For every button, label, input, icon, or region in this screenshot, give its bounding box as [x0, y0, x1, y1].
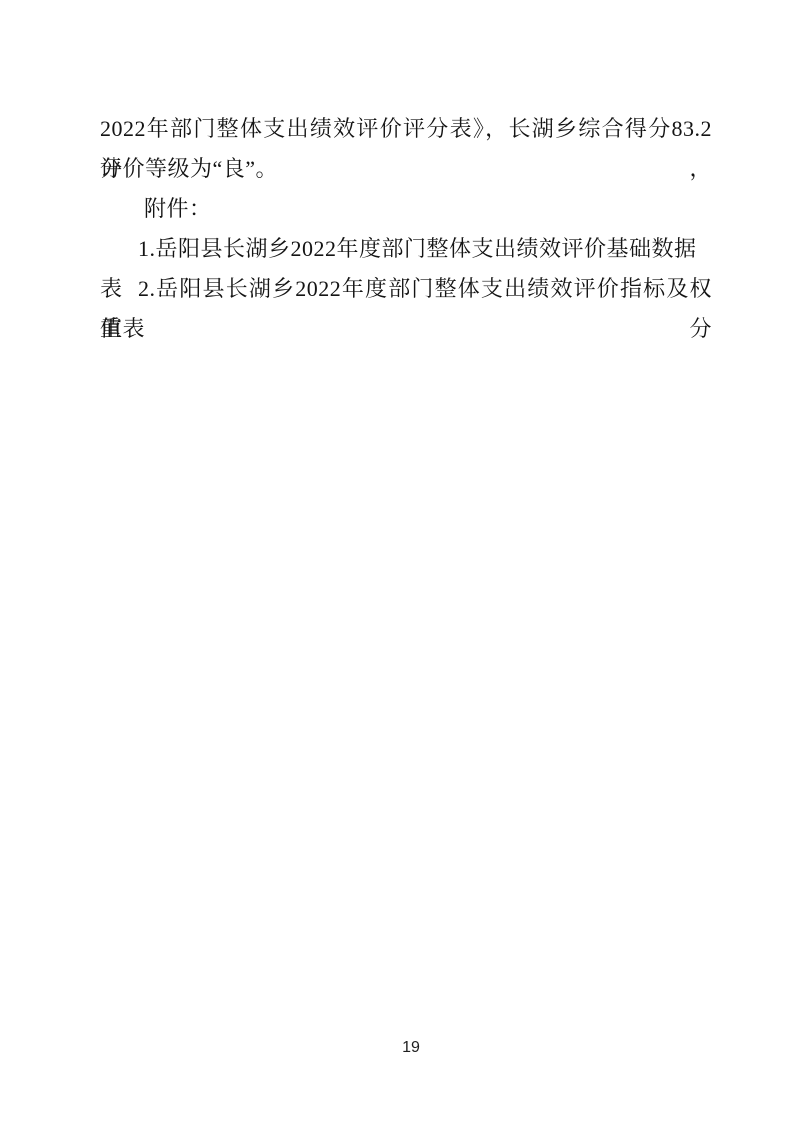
document-page: 2022年部门整体支出绩效评价评分表》，长湖乡综合得分83.2分， 评价等级为“… — [0, 0, 793, 1122]
attachment-item-1: 1.岳阳县长湖乡2022年度部门整体支出绩效评价基础数据表 — [100, 229, 712, 269]
document-body: 2022年部门整体支出绩效评价评分表》，长湖乡综合得分83.2分， 评价等级为“… — [100, 109, 712, 349]
body-line-score-summary: 2022年部门整体支出绩效评价评分表》，长湖乡综合得分83.2分， — [100, 109, 712, 149]
page-number: 19 — [402, 1039, 420, 1057]
attachments-heading: 附件： — [100, 189, 712, 229]
attachment-item-2: 2.岳阳县长湖乡2022年度部门整体支出绩效评价指标及权重分 — [100, 269, 712, 309]
